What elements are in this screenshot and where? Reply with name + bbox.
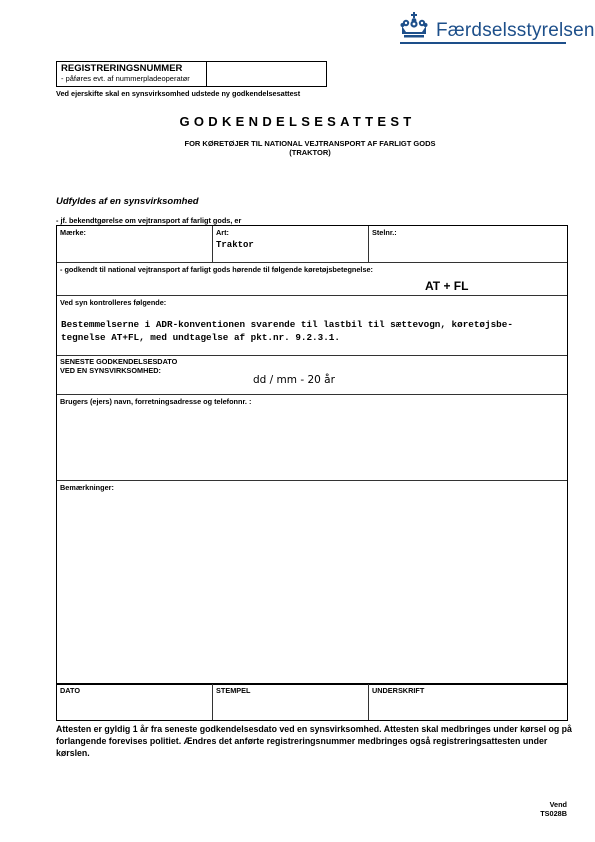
registration-number-field[interactable] xyxy=(207,62,326,86)
logo-text: Færdselsstyrelsen xyxy=(436,20,595,42)
inspection-text: Bestemmelserne i ADR-konventionen svaren… xyxy=(57,309,567,344)
remarks-field[interactable]: Bemærkninger: xyxy=(57,481,567,684)
faerdselsstyrelsen-logo: Færdselsstyrelsen xyxy=(400,12,570,46)
vehicle-row: Mærke: Art: Traktor Stelnr.: xyxy=(57,226,567,263)
logo-underline xyxy=(400,42,566,44)
approval-label: - godkendt til national vejtransport af … xyxy=(57,263,567,276)
remarks-label: Bemærkninger: xyxy=(57,481,567,494)
owner-field[interactable]: Brugers (ejers) navn, forretningsadresse… xyxy=(57,395,567,481)
certificate-form: Mærke: Art: Traktor Stelnr.: - godkendt … xyxy=(56,225,568,685)
registration-subtitle: - påføres evt. af nummerpladeoperatør xyxy=(61,74,202,84)
signature-field[interactable]: UNDERSKRIFT xyxy=(369,684,567,720)
crown-icon xyxy=(400,12,428,38)
stamp-label: STEMPEL xyxy=(213,684,368,697)
chassis-label: Stelnr.: xyxy=(369,226,567,239)
registration-title: REGISTRERINGSNUMMER xyxy=(61,63,202,74)
approval-value: AT + FL xyxy=(425,279,468,293)
document-subtitle-line2: (TRAKTOR) xyxy=(0,148,595,157)
inspection-field[interactable]: Ved syn kontrolleres følgende: Bestemmel… xyxy=(57,296,567,356)
fill-by-heading: Udfyldes af en synsvirksomhed xyxy=(56,196,199,207)
document-title: GODKENDELSESATTEST xyxy=(0,114,595,129)
latest-approval-date-field[interactable]: SENESTE GODKENDELSESDATO VED EN SYNSVIRK… xyxy=(57,356,567,395)
signature-label: UNDERSKRIFT xyxy=(369,684,567,697)
make-field[interactable]: Mærke: xyxy=(57,226,213,262)
type-label: Art: xyxy=(213,226,368,239)
type-field[interactable]: Art: Traktor xyxy=(213,226,369,262)
document-subtitle-line1: FOR KØRETØJER TIL NATIONAL VEJTRANSPORT … xyxy=(0,139,595,148)
chassis-field[interactable]: Stelnr.: xyxy=(369,226,567,262)
inspection-line2: tegnelse AT+FL, med undtagelse af pkt.nr… xyxy=(61,331,564,344)
inspection-line1: Bestemmelserne i ADR-konventionen svaren… xyxy=(61,318,564,331)
form-code: TS028B xyxy=(500,809,567,818)
validity-text: Attesten er gyldig 1 år fra seneste godk… xyxy=(56,723,576,759)
reference-note: - jf. bekendtgørelse om vejtransport af … xyxy=(56,216,241,225)
date-field[interactable]: DATO xyxy=(57,684,213,720)
approval-designation-field[interactable]: - godkendt til national vejtransport af … xyxy=(57,263,567,296)
document-subtitle: FOR KØRETØJER TIL NATIONAL VEJTRANSPORT … xyxy=(0,139,595,157)
registration-box: REGISTRERINGSNUMMER - påføres evt. af nu… xyxy=(56,61,327,87)
owner-label: Brugers (ejers) navn, forretningsadresse… xyxy=(57,395,567,408)
signature-table: DATO STEMPEL UNDERSKRIFT xyxy=(56,683,568,721)
footer: Vend TS028B xyxy=(500,800,567,818)
registration-label-cell: REGISTRERINGSNUMMER - påføres evt. af nu… xyxy=(57,62,207,86)
make-label: Mærke: xyxy=(57,226,212,239)
stamp-field[interactable]: STEMPEL xyxy=(213,684,369,720)
owner-change-note: Ved ejerskifte skal en synsvirksomhed ud… xyxy=(56,89,300,98)
type-value: Traktor xyxy=(213,240,368,250)
date-label: DATO xyxy=(57,684,212,697)
latest-date-value: dd / mm - 20 år xyxy=(253,374,335,386)
turn-over-label: Vend xyxy=(500,800,567,809)
inspection-label: Ved syn kontrolleres følgende: xyxy=(57,296,567,309)
